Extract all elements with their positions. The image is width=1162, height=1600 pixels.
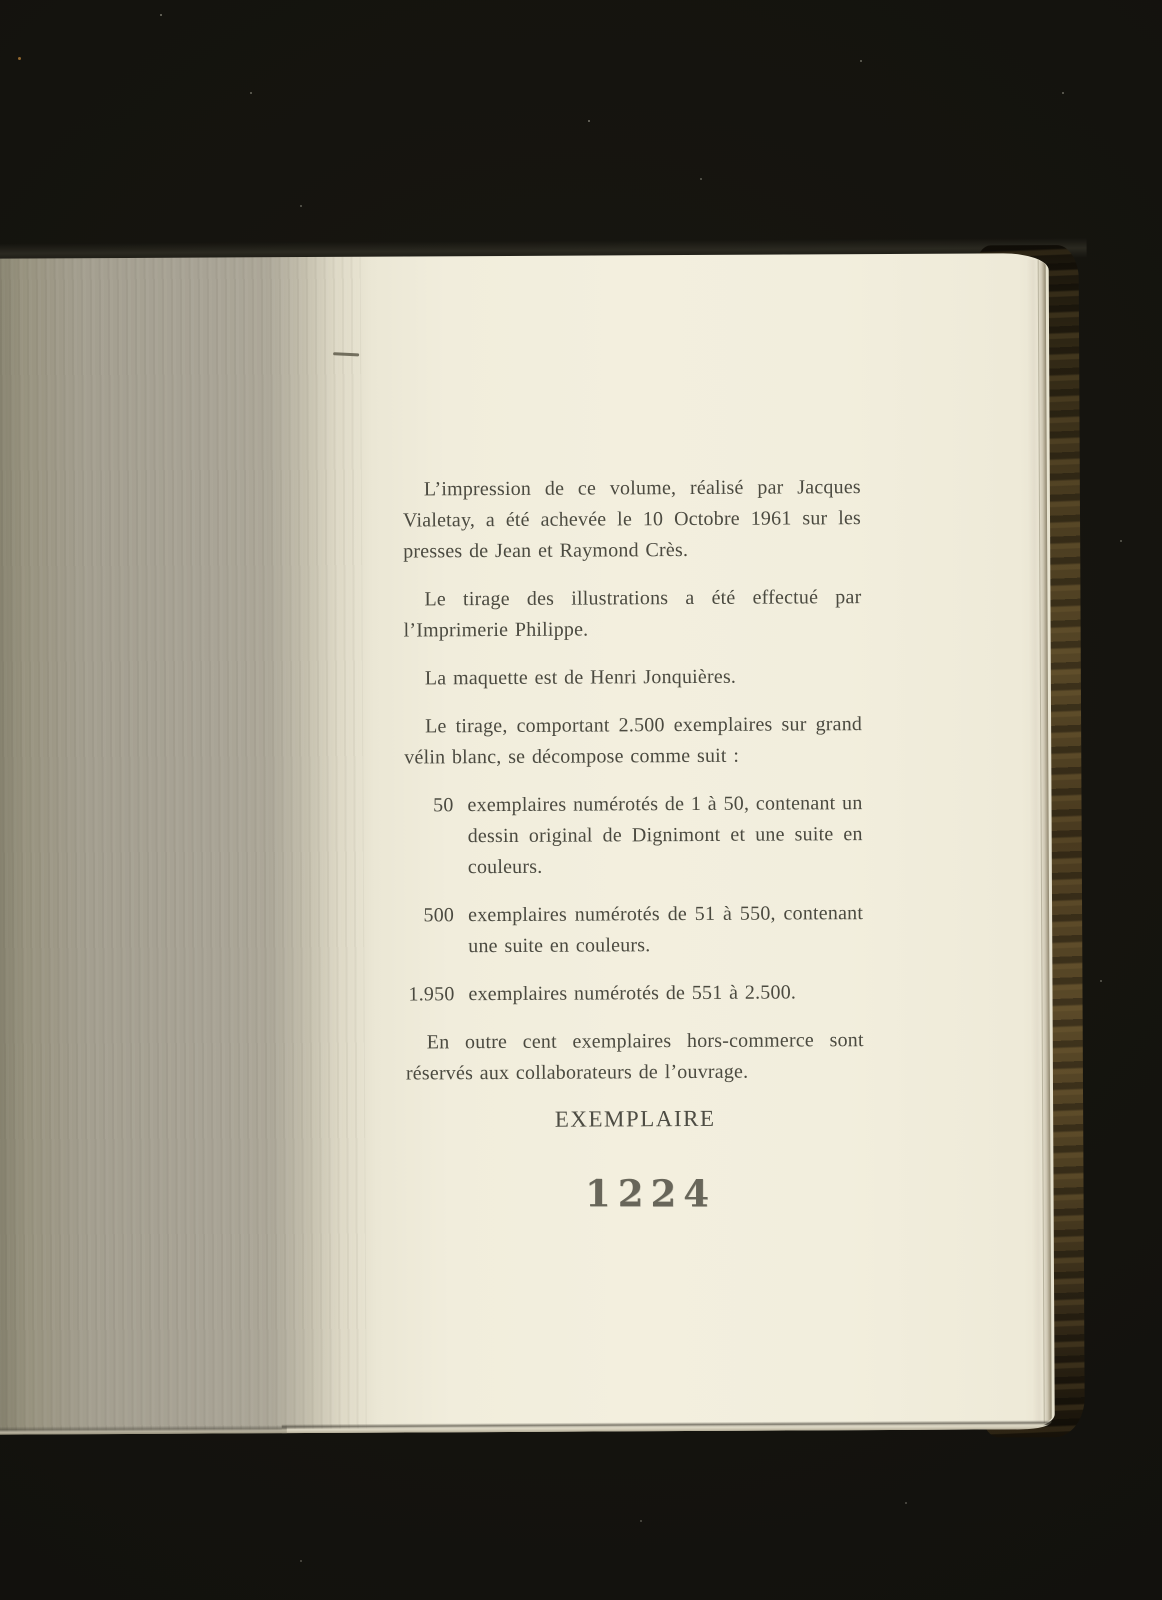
paragraph-impression: L’impression de ce volume, réalisé par J… (403, 472, 861, 567)
edition-text: exemplaires numérotés de 1 à 50, contena… (467, 788, 862, 883)
open-book: L’impression de ce volume, réalisé par J… (0, 0, 1162, 1600)
page-edge-bottom-left (0, 1425, 287, 1435)
edition-item-500: 500 exemplaires numérotés de 51 à 550, c… (405, 898, 863, 962)
colophon-text: L’impression de ce volume, réalisé par J… (403, 472, 865, 1214)
book-photo-scene: L’impression de ce volume, réalisé par J… (0, 0, 1162, 1600)
paragraph-maquette: La maquette est de Henri Jonquières. (404, 661, 862, 694)
edition-text: exemplaires numérotés de 551 à 2.500. (468, 977, 863, 1010)
page-edge-right (1027, 259, 1052, 1423)
edition-count: 1.950 (405, 979, 468, 1010)
exemplaire-heading: EXEMPLAIRE (406, 1104, 864, 1134)
edition-item-1950: 1.950 exemplaires numérotés de 551 à 2.5… (405, 977, 863, 1010)
gutter-shadow (0, 257, 367, 1435)
paragraph-tirage-total: Le tirage, comportant 2.500 exemplaires … (404, 709, 862, 773)
edition-count: 500 (405, 900, 468, 962)
paragraph-tirage-illustrations: Le tirage des illustrations a été effect… (403, 582, 861, 646)
colophon-page: L’impression de ce volume, réalisé par J… (0, 253, 1055, 1435)
copy-number-stamp: 1224 (407, 1173, 865, 1214)
paragraph-hors-commerce: En outre cent exemplaires hors-commerce … (406, 1025, 864, 1089)
edition-count: 50 (404, 790, 467, 883)
edition-text: exemplaires numérotés de 51 à 550, conte… (468, 898, 863, 962)
edition-item-50: 50 exemplaires numérotés de 1 à 50, cont… (404, 788, 862, 883)
page-edge-bottom (282, 1420, 1052, 1433)
